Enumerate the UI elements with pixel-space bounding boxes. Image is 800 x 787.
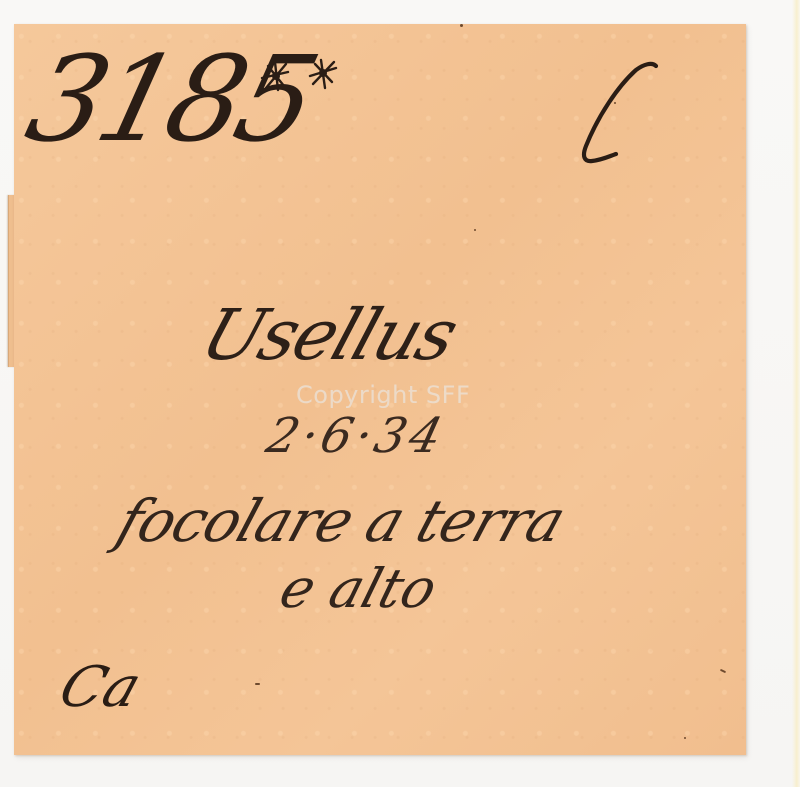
adjacent-sheet-edge [792, 0, 800, 787]
class-letter-c-glyph [574, 58, 664, 168]
class-letter: C [574, 58, 664, 171]
locality-name: Usellus [194, 300, 465, 370]
collection-date: 2·6·34 [262, 412, 451, 460]
paper-speck [474, 229, 476, 231]
note-line: e alto [274, 562, 442, 616]
copyright-watermark: Copyright SFF [296, 381, 470, 409]
star-marks-icon [258, 58, 348, 98]
paper-speck [684, 737, 686, 739]
paper-speck [460, 24, 463, 27]
photo-background: 3185 C Usellus Copyright SFF 2·6·34 foco… [0, 0, 800, 787]
paper-speck [255, 683, 260, 685]
paper-speck [720, 669, 726, 673]
note-line: focolare a terra [111, 492, 572, 550]
